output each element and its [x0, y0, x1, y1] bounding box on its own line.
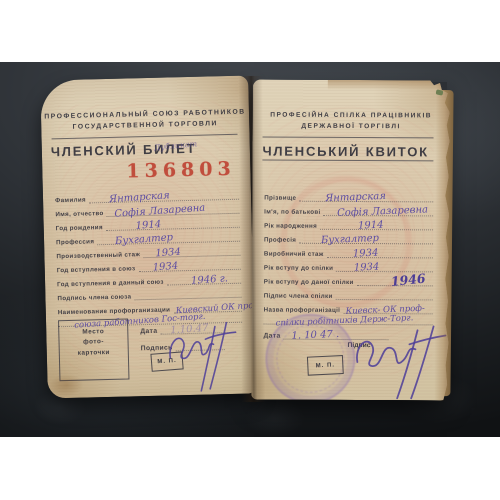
field-label: Рік народження — [264, 223, 320, 230]
field-label: Рік вступу до спілки — [264, 265, 336, 272]
field-label: Виробничий стаж — [264, 251, 327, 258]
field-label: Професія — [264, 237, 299, 244]
card-title: ЧЛЕНСЬКИЙ КВИТОК — [262, 144, 428, 160]
field-label: Рік вступу до даної спілки — [264, 279, 357, 286]
field-value-handwritten: 1934 — [352, 248, 378, 260]
official-signature — [164, 314, 246, 398]
field-label: Ім'я, по батькові — [264, 209, 323, 216]
dotted-line: 1934 — [143, 245, 241, 258]
dotted-line: Бухгалтер — [299, 233, 433, 245]
booklet-spine-gutter — [239, 76, 266, 402]
field-value-handwritten: 1914 — [136, 219, 162, 232]
field-label: Подпись члена союза — [57, 293, 134, 302]
dotted-line: 1946 г. — [167, 273, 242, 286]
field-value-handwritten: Софія Лазаревна — [337, 204, 428, 218]
field-value-handwritten: 1946 — [390, 271, 426, 289]
field-value-handwritten: 1914 — [358, 220, 384, 232]
age-stain — [49, 374, 84, 397]
dotted-line — [134, 287, 241, 301]
photo-placeholder-box: Место фото- карточки — [58, 319, 129, 382]
title-rule — [262, 160, 433, 162]
field-value-handwritten: Бухгалтер — [321, 233, 379, 246]
dotted-line: 1946 — [357, 275, 433, 286]
field-label: Фамилия — [55, 196, 89, 204]
left-page-membership-card-ru: ПРОФЕССИОНАЛЬНЫЙ СОЮЗ РАБОТНИКОВ ГОСУДАР… — [40, 76, 256, 399]
header-rule — [263, 137, 434, 139]
field-label: Производственный стаж — [56, 251, 143, 260]
org-name-line1: ПРОФЕССИОНАЛЬНЫЙ СОЮЗ РАБОТНИКОВ — [41, 108, 249, 120]
dotted-line: Янтарская — [89, 189, 239, 204]
field-row-member-signature: Підпис члена спілки — [264, 288, 433, 301]
dotted-line — [336, 289, 433, 301]
field-label: Год вступления в союз — [57, 265, 139, 274]
field-value-handwritten: 1934 — [354, 262, 380, 274]
field-value-handwritten: Янтарская — [325, 191, 386, 204]
field-label: Год вступления в данный союз — [57, 279, 167, 289]
dotted-line: 1934 — [138, 259, 241, 272]
field-label: Профессия — [56, 238, 97, 246]
field-label: Прізвище — [264, 195, 299, 202]
org-name-line2: ГОСУДАРСТВЕННОЙ ТОРГОВЛИ — [41, 119, 249, 131]
field-label: Имя, отчество — [55, 210, 106, 218]
field-label: Підпис члена спілки — [264, 293, 336, 300]
date-label: Дата — [140, 328, 160, 335]
dotted-line: Софія Лазаревна — [106, 203, 239, 217]
dotted-line: 1914 — [106, 217, 240, 231]
seal-box: М. П. — [307, 355, 344, 376]
field-row-this-union-join-year: Рік вступу до даної спілки 1946 — [264, 274, 433, 287]
dotted-line: 1934 — [327, 247, 433, 259]
field-row-profession: Професія Бухгалтер — [264, 232, 433, 245]
dotted-line: 1914 — [320, 219, 433, 231]
dotted-line: Софія Лазаревна — [324, 205, 434, 217]
field-row-name: Ім'я, по батькові Софія Лазаревна — [264, 204, 433, 217]
field-value-handwritten: 1946 г. — [190, 273, 228, 286]
field-value-handwritten: 1934 — [155, 247, 181, 260]
field-label: Год рождения — [56, 224, 106, 232]
field-row-work-record: Виробничий стаж 1934 — [264, 246, 433, 259]
dotted-line: Янтарская — [299, 191, 433, 203]
field-row-surname: Прізвище Янтарская — [264, 190, 433, 203]
serial-number: 136803 — [126, 158, 236, 183]
header-rule — [52, 134, 238, 140]
field-row-union-join-year: Рік вступу до спілки 1934 — [264, 260, 433, 273]
field-row-birth-year: Рік народження 1914 — [264, 218, 433, 231]
field-value-handwritten: 1934 — [152, 261, 178, 274]
right-page-membership-card-ua: ПРОФЕСІЙНА СПІЛКА ПРАЦІВНИКІВ ДЕРЖАВНОЇ … — [251, 79, 450, 400]
org-name-line1: ПРОФЕСІЙНА СПІЛКА ПРАЦІВНИКІВ — [253, 111, 450, 119]
dotted-line: Бухгалтер — [97, 231, 240, 245]
org-name-line2: ДЕРЖАВНОЇ ТОРГІВЛІ — [253, 122, 450, 130]
photo-box-text: карточки — [60, 347, 128, 359]
